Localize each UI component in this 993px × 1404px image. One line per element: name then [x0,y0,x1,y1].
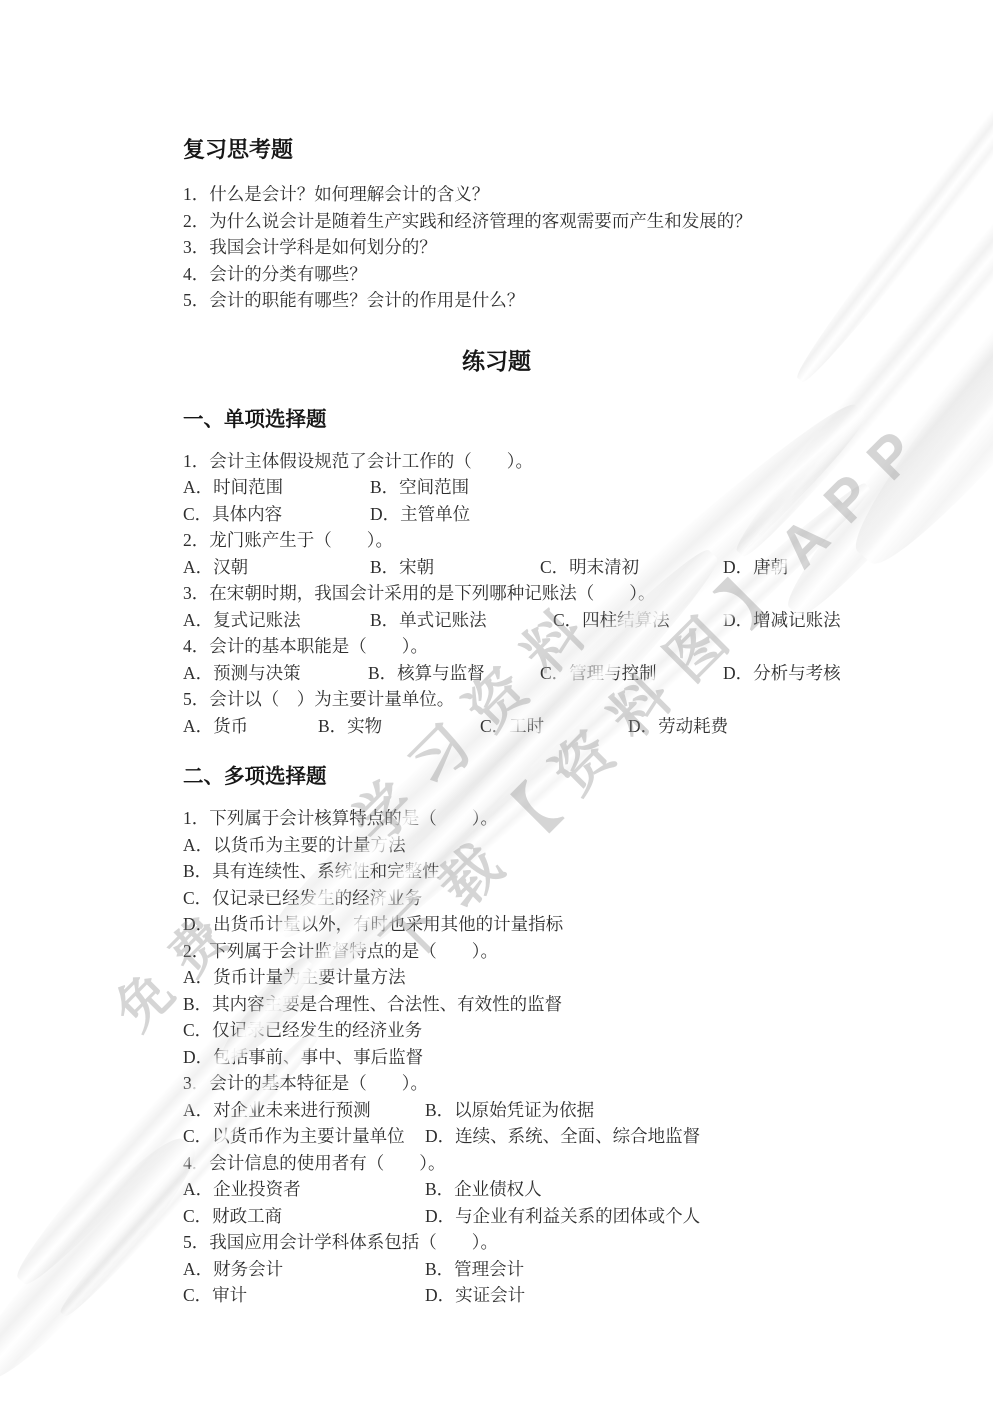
text-segment: 2．龙门账产生于（ ）。 [183,527,393,554]
text-segment: A．汉朝 [183,554,370,581]
text-segment: D．增减记账法 [723,607,841,634]
single-choice-heading: 一、单项选择题 [183,402,993,432]
question-line: 1．会计主体假设规范了会计工作的（ ）。 [183,448,993,475]
page-content: 复习思考题 1．什么是会计？如何理解会计的含义？2．为什么说会计是随着生产实践和… [0,133,993,1309]
review-item: 5．会计的职能有哪些？会计的作用是什么？ [183,287,993,314]
option-row: A．时间范围B．空间范围 [183,474,993,501]
text-segment: B．管理会计 [425,1256,524,1283]
option-row: A．对企业未来进行预测B．以原始凭证为依据 [183,1097,993,1124]
option-row: A．企业投资者B．企业债权人 [183,1176,993,1203]
question-line: 2．龙门账产生于（ ）。 [183,527,993,554]
text-segment: D．唐朝 [723,554,788,581]
text-segment: A．以货币为主要的计量方法 [183,832,406,859]
text-segment: A．企业投资者 [183,1176,425,1203]
question-line: B．具有连续性、系统性和完整性 [183,858,993,885]
text-segment: B．实物 [318,713,480,740]
option-row: C．财政工商D．与企业有利益关系的团体或个人 [183,1203,993,1230]
question-line: D．出货币计量以外，有时也采用其他的计量指标 [183,911,993,938]
question-line: D．包括事前、事中、事后监督 [183,1044,993,1071]
text-segment: 5．我国应用会计学科体系包括（ ）。 [183,1229,498,1256]
multi-choice-heading: 二、多项选择题 [183,759,993,789]
text-segment: B．单式记账法 [370,607,553,634]
text-segment: B．以原始凭证为依据 [425,1097,594,1124]
text-segment: C．仅记录已经发生的经济业务 [183,1017,422,1044]
text-segment: D．与企业有利益关系的团体或个人 [425,1203,700,1230]
option-row: C．具体内容D．主管单位 [183,501,993,528]
text-segment: B．核算与监督 [368,660,540,687]
review-item: 3．我国会计学科是如何划分的？ [183,234,993,261]
text-segment: D．出货币计量以外，有时也采用其他的计量指标 [183,911,563,938]
review-items: 1．什么是会计？如何理解会计的含义？2．为什么说会计是随着生产实践和经济管理的客… [183,181,993,314]
review-item: 2．为什么说会计是随着生产实践和经济管理的客观需要而产生和发展的？ [183,208,993,235]
text-segment: A．财务会计 [183,1256,425,1283]
question-line: 3．在宋朝时期，我国会计采用的是下列哪种记账法（ ）。 [183,580,993,607]
text-segment: D．包括事前、事中、事后监督 [183,1044,423,1071]
review-item: 4．会计的分类有哪些？ [183,261,993,288]
text-segment: A．货币 [183,713,318,740]
question-line: B．其内容主要是合理性、合法性、有效性的监督 [183,991,993,1018]
text-segment: 5．会计以（ ）为主要计量单位。 [183,686,454,713]
text-segment: A．货币计量为主要计量方法 [183,964,406,991]
text-segment: C．四柱结算法 [553,607,723,634]
option-row: C．以货币作为主要计量单位D．连续、系统、全面、综合地监督 [183,1123,993,1150]
option-row: A．预测与决策B．核算与监督C．管理与控制D．分析与考核 [183,660,993,687]
option-row: A．汉朝B．宋朝C．明末清初D．唐朝 [183,554,993,581]
text-segment: 3．会计的基本特征是（ ）。 [183,1070,428,1097]
question-line: 3．会计的基本特征是（ ）。 [183,1070,993,1097]
option-row: A．货币B．实物C．工时D．劳动耗费 [183,713,993,740]
review-heading: 复习思考题 [183,133,993,164]
text-segment: D．主管单位 [370,501,470,528]
text-segment: B．其内容主要是合理性、合法性、有效性的监督 [183,991,562,1018]
question-line: 4．会计的基本职能是（ ）。 [183,633,993,660]
text-segment: C．仅记录已经发生的经济业务 [183,885,422,912]
review-questions-section: 复习思考题 1．什么是会计？如何理解会计的含义？2．为什么说会计是随着生产实践和… [183,133,993,314]
text-segment: 4．会计的基本职能是（ ）。 [183,633,428,660]
multi-choice-lines: 1．下列属于会计核算特点的是（ ）。A．以货币为主要的计量方法B．具有连续性、系… [183,805,993,1309]
review-item: 1．什么是会计？如何理解会计的含义？ [183,181,993,208]
text-segment: D．劳动耗费 [628,713,728,740]
question-line: C．仅记录已经发生的经济业务 [183,885,993,912]
text-segment: A．时间范围 [183,474,370,501]
text-segment: B．具有连续性、系统性和完整性 [183,858,440,885]
text-segment: 1．下列属于会计核算特点的是（ ）。 [183,805,498,832]
text-segment: A．复式记账法 [183,607,370,634]
text-segment: 4．会计信息的使用者有（ ）。 [183,1150,446,1177]
question-line: 2．下列属于会计监督特点的是（ ）。 [183,938,993,965]
text-segment: A．预测与决策 [183,660,368,687]
question-line: 1．下列属于会计核算特点的是（ ）。 [183,805,993,832]
question-line: A．以货币为主要的计量方法 [183,832,993,859]
text-segment: C．财政工商 [183,1203,425,1230]
question-line: C．仅记录已经发生的经济业务 [183,1017,993,1044]
text-segment: A．对企业未来进行预测 [183,1097,425,1124]
single-choice-lines: 1．会计主体假设规范了会计工作的（ ）。A．时间范围B．空间范围C．具体内容D．… [183,448,993,740]
text-segment: C．工时 [480,713,628,740]
single-choice-section: 一、单项选择题 1．会计主体假设规范了会计工作的（ ）。A．时间范围B．空间范围… [183,402,993,740]
exercises-title: 练习题 [0,343,993,376]
option-row: A．复式记账法B．单式记账法C．四柱结算法D．增减记账法 [183,607,993,634]
text-segment: 1．会计主体假设规范了会计工作的（ ）。 [183,448,533,475]
text-segment: C．明末清初 [540,554,723,581]
question-line: 4．会计信息的使用者有（ ）。 [183,1150,993,1177]
text-segment: C．审计 [183,1282,425,1309]
text-segment: C．以货币作为主要计量单位 [183,1123,425,1150]
question-line: 5．我国应用会计学科体系包括（ ）。 [183,1229,993,1256]
text-segment: 3．在宋朝时期，我国会计采用的是下列哪种记账法（ ）。 [183,580,656,607]
text-segment: 2．下列属于会计监督特点的是（ ）。 [183,938,498,965]
question-line: A．货币计量为主要计量方法 [183,964,993,991]
text-segment: D．实证会计 [425,1282,525,1309]
question-line: 5．会计以（ ）为主要计量单位。 [183,686,993,713]
text-segment: C．具体内容 [183,501,370,528]
text-segment: B．企业债权人 [425,1176,542,1203]
text-segment: D．分析与考核 [723,660,841,687]
text-segment: C．管理与控制 [540,660,723,687]
option-row: C．审计D．实证会计 [183,1282,993,1309]
option-row: A．财务会计B．管理会计 [183,1256,993,1283]
text-segment: D．连续、系统、全面、综合地监督 [425,1123,700,1150]
text-segment: B．宋朝 [370,554,540,581]
textbook-page: 复习思考题 1．什么是会计？如何理解会计的含义？2．为什么说会计是随着生产实践和… [0,0,993,1404]
text-segment: B．空间范围 [370,474,469,501]
multi-choice-section: 二、多项选择题 1．下列属于会计核算特点的是（ ）。A．以货币为主要的计量方法B… [183,759,993,1309]
